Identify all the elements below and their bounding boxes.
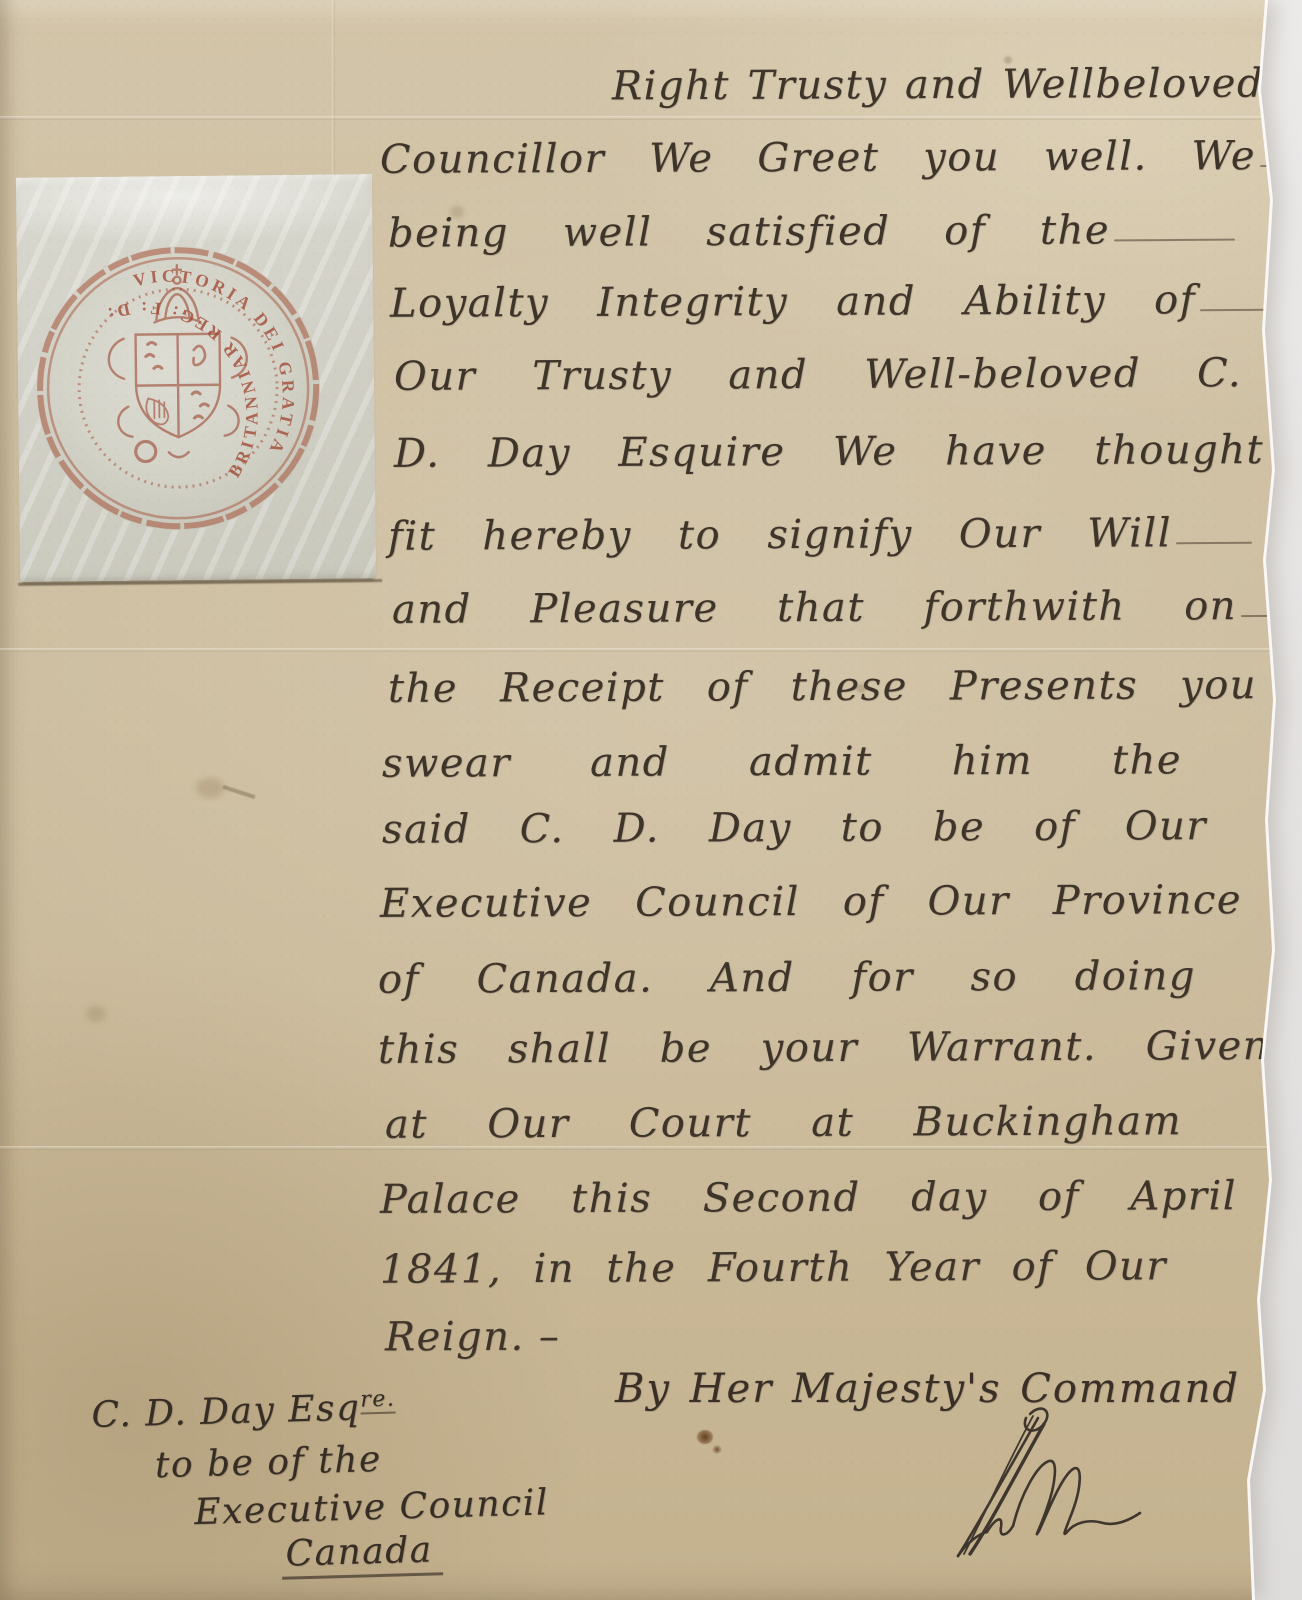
pen-filler-rule (1176, 542, 1252, 545)
photograph-background: VICTORIA DEI GRATIA BRITANNIAR REG: F: D… (0, 0, 1302, 1600)
handwritten-line-16: Palace this Second day of April (380, 1173, 1237, 1223)
handwritten-line-15: at Our Court at Buckingham (385, 1098, 1182, 1147)
signature-russell (902, 1402, 1147, 1577)
pen-filler-rule (1114, 239, 1235, 242)
pen-filler-rule (1200, 309, 1266, 311)
handwritten-line-17: 1841, in the Fourth Year of Our (380, 1243, 1167, 1292)
handwritten-line-10: swear and admit him the (382, 737, 1182, 786)
addressee-name: C. D. Day Esq (91, 1387, 361, 1435)
esquire-superscript: re. (360, 1387, 396, 1415)
address-line-2: to be of the (154, 1440, 382, 1486)
pen-filler-rule (1260, 165, 1272, 167)
handwritten-line-4: Loyalty Integrity and Ability of (390, 277, 1196, 327)
handwritten-line-13: of Canada. And for so doing (378, 953, 1196, 1003)
pen-filler-rule (1241, 615, 1268, 617)
handwritten-line-12: Executive Council of Our Province (380, 877, 1242, 927)
document-paper: VICTORIA DEI GRATIA BRITANNIAR REG: F: D… (0, 0, 1302, 1600)
handwritten-line-8: and Pleasure that forthwith on (392, 583, 1237, 633)
address-line-3: Executive Council (194, 1483, 550, 1532)
handwritten-line-3: being well satisfied of the (388, 207, 1110, 256)
fold-crease (0, 1146, 1302, 1150)
embossed-royal-seal: VICTORIA DEI GRATIA BRITANNIAR REG: F: D… (27, 237, 330, 540)
handwritten-line-18: Reign. – (385, 1314, 561, 1361)
handwritten-line-6: D. Day Esquire We have thought (394, 427, 1264, 477)
fold-crease (332, 0, 335, 180)
seal-wafer-paper: VICTORIA DEI GRATIA BRITANNIAR REG: F: D… (16, 174, 376, 582)
address-line-1: C. D. Day Esqre. (91, 1388, 396, 1436)
handwritten-line-1: Right Trusty and Wellbeloved (612, 61, 1264, 110)
handwritten-line-5: Our Trusty and Well-beloved C. (394, 350, 1242, 400)
handwritten-line-11: said C. D. Day to be of Our (382, 803, 1207, 853)
fold-crease (0, 648, 1302, 652)
address-line-4: Canada (281, 1530, 443, 1579)
handwritten-line-7: fit hereby to signify Our Will (388, 510, 1172, 559)
handwritten-line-9: the Receipt of these Presents you (388, 662, 1257, 712)
fold-crease (0, 116, 1302, 120)
handwritten-line-2: Councillor We Greet you well. We (380, 133, 1256, 183)
handwritten-line-14: this shall be your Warrant. Given (378, 1023, 1270, 1073)
